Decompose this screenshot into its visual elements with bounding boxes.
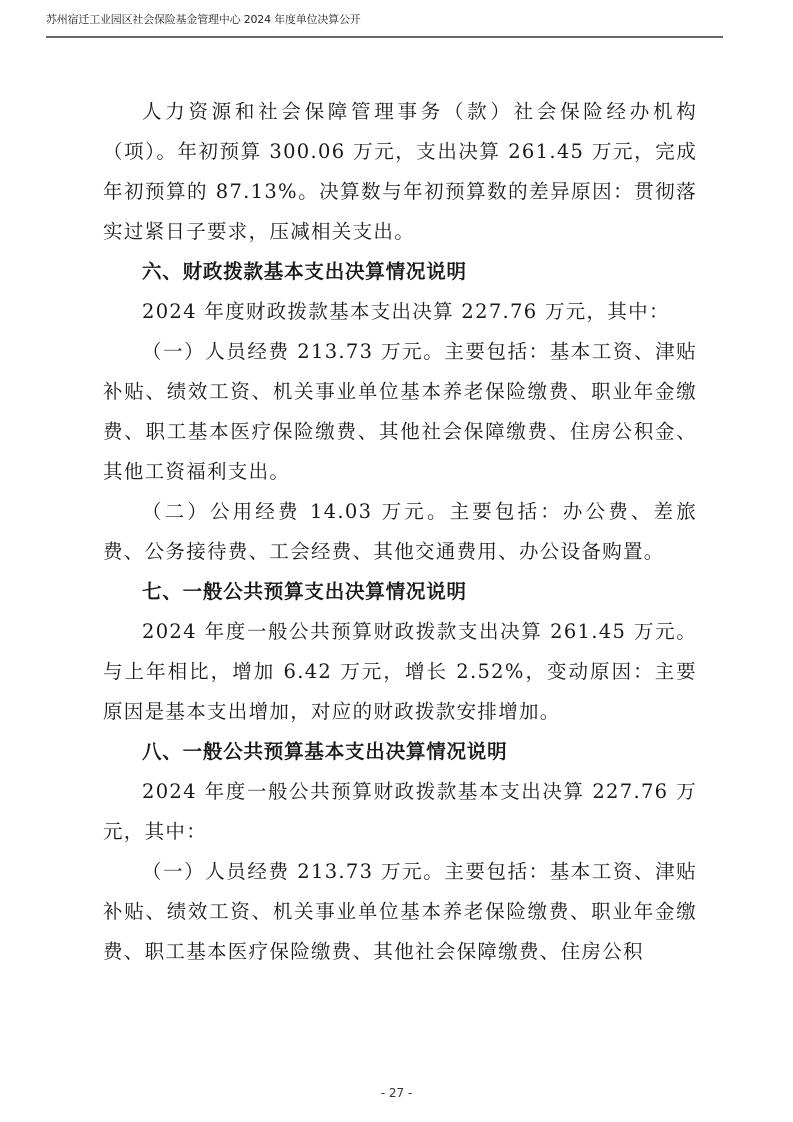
paragraph-basic-expenditure-total: 2024 年度财政拨款基本支出决算 227.76 万元，其中： bbox=[103, 292, 697, 332]
heading-section-7: 七、一般公共预算支出决算情况说明 bbox=[103, 572, 697, 612]
paragraph-personnel-expenses-2: （一）人员经费 213.73 万元。主要包括：基本工资、津贴补贴、绩效工资、机关… bbox=[103, 852, 697, 972]
page-number: - 27 - bbox=[0, 1086, 793, 1100]
paragraph-public-expenses: （二）公用经费 14.03 万元。主要包括：办公费、差旅费、公务接待费、工会经费… bbox=[103, 492, 697, 572]
paragraph-general-basic-expenditure: 2024 年度一般公共预算财政拨款基本支出决算 227.76 万元，其中： bbox=[103, 772, 697, 852]
header-divider bbox=[46, 36, 723, 38]
document-body: 人力资源和社会保障管理事务（款）社会保险经办机构（项）。年初预算 300.06 … bbox=[103, 92, 697, 972]
paragraph-personnel-expenses: （一）人员经费 213.73 万元。主要包括：基本工资、津贴补贴、绩效工资、机关… bbox=[103, 332, 697, 492]
heading-section-6: 六、财政拨款基本支出决算情况说明 bbox=[103, 252, 697, 292]
heading-section-8: 八、一般公共预算基本支出决算情况说明 bbox=[103, 732, 697, 772]
paragraph-general-budget-expenditure: 2024 年度一般公共预算财政拨款支出决算 261.45 万元。与上年相比，增加… bbox=[103, 612, 697, 732]
paragraph-budget-completion: 人力资源和社会保障管理事务（款）社会保险经办机构（项）。年初预算 300.06 … bbox=[103, 92, 697, 252]
running-header: 苏州宿迁工业园区社会保险基金管理中心 2024 年度单位决算公开 bbox=[46, 11, 477, 27]
